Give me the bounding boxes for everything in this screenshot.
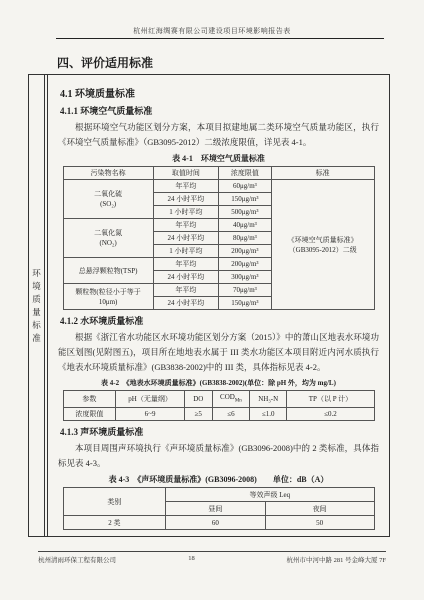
- paragraph-air-quality: 根据环境空气功能区划分方案，本项目拟建地属二类环境空气质量功能区，执行《环境空气…: [58, 120, 379, 150]
- footer-address: 杭州市中河中路 281 号金峰大厦 7F: [243, 555, 386, 564]
- cod-label: COD: [220, 393, 235, 401]
- table-cell: 40μg/m³: [218, 219, 271, 232]
- table-cell: 300μg/m³: [218, 271, 271, 284]
- table-cell: 24 小时平均: [153, 271, 218, 284]
- pollutant-name-cell: 二氧化硫 (SO₂): [63, 180, 153, 219]
- column-header: pH（无量纲）: [116, 391, 184, 408]
- table-4-3-caption: 表 4-3 《声环境质量标准》(GB3096-2008) 单位：dB（A）: [56, 474, 381, 485]
- heading-4-1-2: 4.1.2 水环境质量标准: [60, 314, 381, 327]
- column-header: 昼间: [166, 502, 266, 516]
- column-header-cod: CODMn: [212, 391, 249, 408]
- table-cell: 200μg/m³: [218, 258, 271, 271]
- table-4-3-caption-title: 表 4-3 《声环境质量标准》(GB3096-2008): [109, 475, 257, 484]
- table-cell: 年平均: [153, 284, 218, 297]
- table-4-1-caption: 表 4-1 环境空气质量标准: [56, 153, 381, 164]
- column-header: 污染物名称: [63, 167, 153, 180]
- column-header: 夜间: [265, 502, 374, 516]
- table-cell: 150μg/m³: [218, 297, 271, 310]
- table-cell: 1 小时平均: [153, 245, 218, 258]
- table-cell: 浓度限值: [63, 408, 116, 421]
- side-label: 环 境 质 量 标 准: [32, 267, 41, 345]
- table-cell: 150μg/m³: [218, 193, 271, 206]
- paragraph-water-quality: 根据《浙江省水功能区水环境功能区划分方案（2015）》中的萧山区地表水环境功能区…: [58, 330, 379, 375]
- column-header: DO: [184, 391, 212, 408]
- table-cell: 80μg/m³: [218, 232, 271, 245]
- table-row: 二氧化硫 (SO₂) 年平均 60μg/m³ 《环境空气质量标准》 （GB309…: [63, 180, 374, 193]
- table-cell: 24 小时平均: [153, 297, 218, 310]
- table-cell: 24 小时平均: [153, 232, 218, 245]
- table-cell: 500μg/m³: [218, 206, 271, 219]
- column-header: TP（以 P 计）: [287, 391, 374, 408]
- column-header: 类别: [63, 488, 166, 516]
- table-row: 污染物名称 取值时间 浓度限值 标准: [63, 167, 374, 180]
- page-footer: 杭州清雨环保工程有限公司 18 杭州市中河中路 281 号金峰大厦 7F: [38, 555, 386, 564]
- column-header: 标准: [271, 167, 374, 180]
- heading-4-1-1: 4.1.1 环境空气质量标准: [60, 104, 381, 117]
- paragraph-noise-quality: 本项目周围声环境执行《声环境质量标准》(GB3096-2008)中的 2 类标准…: [58, 441, 379, 471]
- heading-4-1-3: 4.1.3 声环境质量标准: [60, 425, 381, 438]
- content-box: 环 境 质 量 标 准 4.1 环境质量标准 4.1.1 环境空气质量标准 根据…: [28, 74, 390, 537]
- table-row: 2 类 60 50: [63, 516, 374, 530]
- column-header: 浓度限值: [218, 167, 271, 180]
- table-cell: 1 小时平均: [153, 206, 218, 219]
- page-header-title: 杭州红海绸赛有限公司建设项目环境影响报告表: [0, 26, 424, 36]
- header-divider: [56, 38, 384, 39]
- table-cell: 200μg/m³: [218, 245, 271, 258]
- column-header: NH₃-N: [250, 391, 287, 408]
- table-cell: ≤1.0: [250, 408, 287, 421]
- footer-company: 杭州清雨环保工程有限公司: [38, 555, 140, 564]
- column-header: 取值时间: [153, 167, 218, 180]
- cod-subscript: Mn: [235, 398, 242, 403]
- table-cell: 24 小时平均: [153, 193, 218, 206]
- table-cell: 年平均: [153, 219, 218, 232]
- document-page: 杭州红海绸赛有限公司建设项目环境影响报告表 四、评价适用标准 环 境 质 量 标…: [0, 0, 424, 600]
- air-quality-table: 污染物名称 取值时间 浓度限值 标准 二氧化硫 (SO₂) 年平均 60μg/m…: [63, 166, 375, 310]
- heading-4-1: 4.1 环境质量标准: [60, 85, 381, 100]
- table-cell: 年平均: [153, 258, 218, 271]
- table-4-2-caption: 表 4-2 《地表水环境质量标准》(GB3838-2002)(单位：除 pH 外…: [56, 378, 381, 388]
- main-content: 4.1 环境质量标准 4.1.1 环境空气质量标准 根据环境空气功能区划分方案，…: [47, 75, 389, 536]
- section-title: 四、评价适用标准: [57, 54, 153, 71]
- column-header: 参数: [63, 391, 116, 408]
- table-cell: ≤6: [212, 408, 249, 421]
- footer-divider: [38, 551, 386, 552]
- table-cell: 70μg/m³: [218, 284, 271, 297]
- table-cell: 年平均: [153, 180, 218, 193]
- table-cell: 6~9: [116, 408, 184, 421]
- pollutant-name-cell: 颗粒物(粒径小于等于 10μm): [63, 284, 153, 310]
- table-cell: 50: [265, 516, 374, 530]
- table-4-3-caption-unit: 单位：dB（A）: [273, 475, 329, 484]
- side-column: 环 境 质 量 标 准: [29, 75, 45, 536]
- noise-quality-table: 类别 等效声级 Leq 昼间 夜间 2 类 60 50: [63, 487, 375, 530]
- column-header: 等效声级 Leq: [166, 488, 374, 502]
- table-cell: 60: [166, 516, 266, 530]
- pollutant-name-cell: 二氧化氮 (NO₂): [63, 219, 153, 258]
- table-cell: 60μg/m³: [218, 180, 271, 193]
- footer-page-number: 18: [140, 555, 242, 564]
- pollutant-name-cell: 总悬浮颗粒物(TSP): [63, 258, 153, 284]
- table-cell: 2 类: [63, 516, 166, 530]
- table-cell: ≥5: [184, 408, 212, 421]
- standard-cell: 《环境空气质量标准》 （GB3095-2012）二级: [271, 180, 374, 310]
- table-row: 浓度限值 6~9 ≥5 ≤6 ≤1.0 ≤0.2: [63, 408, 374, 421]
- table-row: 类别 等效声级 Leq: [63, 488, 374, 502]
- water-quality-table: 参数 pH（无量纲） DO CODMn NH₃-N TP（以 P 计） 浓度限值…: [63, 390, 375, 421]
- table-row: 参数 pH（无量纲） DO CODMn NH₃-N TP（以 P 计）: [63, 391, 374, 408]
- table-cell: ≤0.2: [287, 408, 374, 421]
